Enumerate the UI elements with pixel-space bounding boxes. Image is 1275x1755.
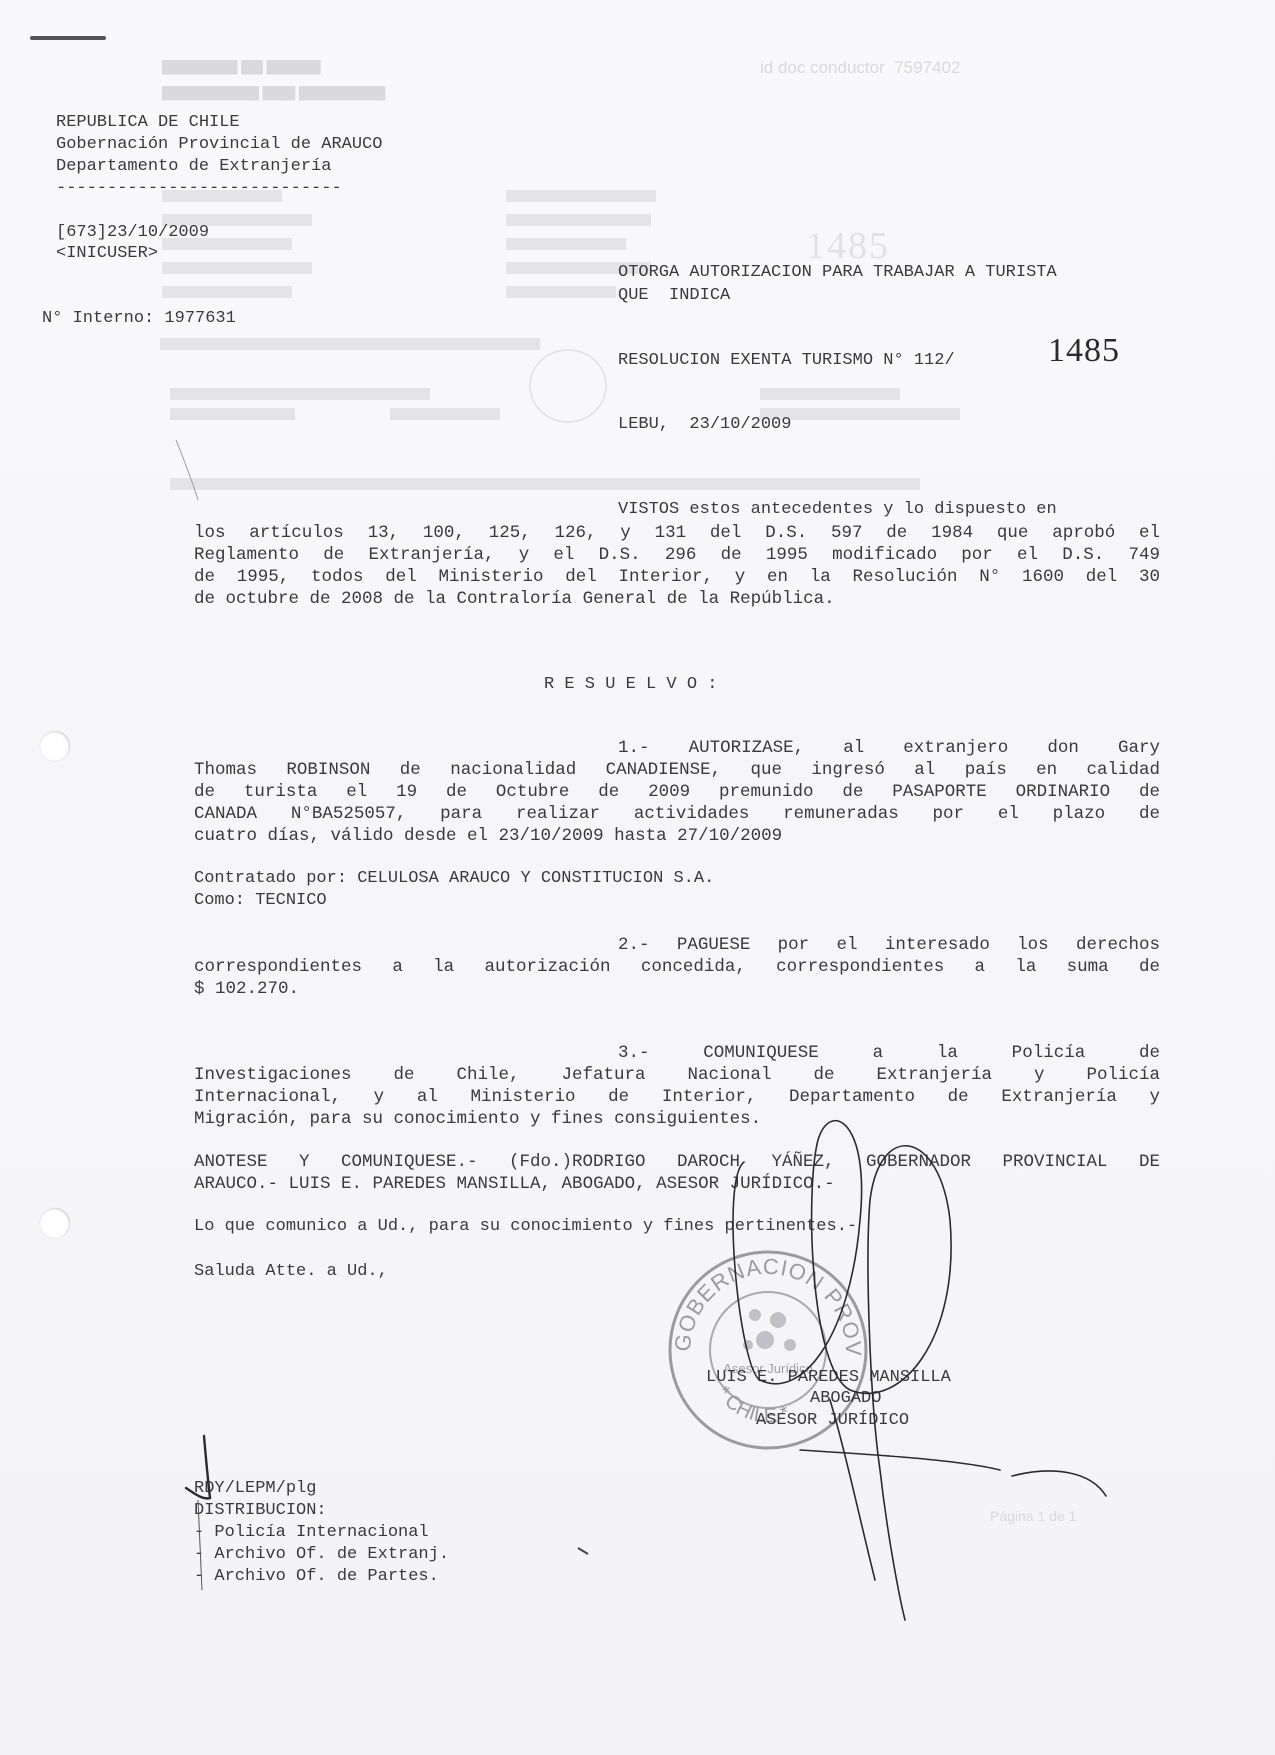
bleed-through-doc-id: id doc conductor 7597402 — [760, 58, 960, 78]
comunico-line: Lo que comunico a Ud., para su conocimie… — [194, 1216, 857, 1238]
header-office: Gobernación Provincial de ARAUCO — [56, 134, 382, 156]
distribution-item: - Archivo Of. de Extranj. — [194, 1544, 449, 1566]
article-3-paragraph: Investigaciones de Chile, Jefatura Nacio… — [194, 1064, 1160, 1130]
signatory-title-1: ABOGADO — [810, 1388, 881, 1410]
resuelvo-heading: R E S U E L V O : — [544, 674, 717, 696]
distribution-item: - Policía Internacional — [194, 1522, 429, 1544]
distribution-item: - Archivo Of. de Partes. — [194, 1566, 439, 1588]
header-country: REPUBLICA DE CHILE — [56, 112, 240, 134]
article-2-paragraph: correspondientes a la autorización conce… — [194, 956, 1160, 1000]
article-2-lead: 2.- PAGUESE por el interesado los derech… — [618, 934, 1160, 956]
subject-line-2: QUE INDICA — [618, 285, 730, 307]
article-3-lead: 3.- COMUNIQUESE a la Policía de — [618, 1042, 1160, 1064]
bleed-through-text: ▇▇▇▇▇▇▇ ▇▇ ▇▇▇▇▇ — [162, 58, 321, 75]
vistos-line-1: VISTOS estos antecedentes y lo dispuesto… — [618, 499, 1057, 521]
staple-mark — [30, 36, 106, 40]
place-date: LEBU, 23/10/2009 — [618, 414, 791, 436]
punch-hole-top — [40, 731, 70, 761]
signatory-title-2: ASESOR JURÍDICO — [756, 1410, 909, 1432]
user-tag: <INICUSER> — [56, 243, 158, 265]
bleed-through-text: ▇▇▇▇▇▇▇▇▇ ▇▇▇ ▇▇▇▇▇▇▇▇ — [162, 84, 385, 101]
header-divider: ---------------------------- — [56, 178, 342, 200]
resolution-stamped-number: 1485 — [1048, 332, 1120, 370]
initials: RDY/LEPM/plg — [194, 1478, 316, 1500]
document-page: ▇▇▇▇▇▇▇ ▇▇ ▇▇▇▇▇ ▇▇▇▇▇▇▇▇▇ ▇▇▇ ▇▇▇▇▇▇▇▇ … — [0, 0, 1275, 1755]
saluda-line: Saluda Atte. a Ud., — [194, 1261, 388, 1283]
internal-number: N° Interno: 1977631 — [42, 308, 236, 330]
anotese-paragraph: ANOTESE Y COMUNIQUESE.- (Fdo.)RODRIGO DA… — [194, 1151, 1160, 1195]
distribution-label: DISTRIBUCION: — [194, 1500, 327, 1522]
vistos-paragraph: los artículos 13, 100, 125, 126, y 131 d… — [194, 522, 1160, 610]
job-role: Como: TECNICO — [194, 890, 327, 912]
article-1-lead: 1.- AUTORIZASE, al extranjero don Gary — [618, 737, 1160, 759]
bleed-through-page: Página 1 de 1 — [990, 1508, 1076, 1524]
header-department: Departamento de Extranjería — [56, 156, 331, 178]
reference-date: [673]23/10/2009 — [56, 222, 209, 244]
resolution-label: RESOLUCION EXENTA TURISMO N° 112/ — [618, 350, 955, 372]
subject-line-1: OTORGA AUTORIZACION PARA TRABAJAR A TURI… — [618, 262, 1057, 284]
contracted-by: Contratado por: CELULOSA ARAUCO Y CONSTI… — [194, 868, 714, 890]
punch-hole-bottom — [40, 1208, 70, 1238]
article-1-paragraph: Thomas ROBINSON de nacionalidad CANADIEN… — [194, 759, 1160, 847]
signatory-name: LUIS E. PAREDES MANSILLA — [706, 1367, 951, 1389]
